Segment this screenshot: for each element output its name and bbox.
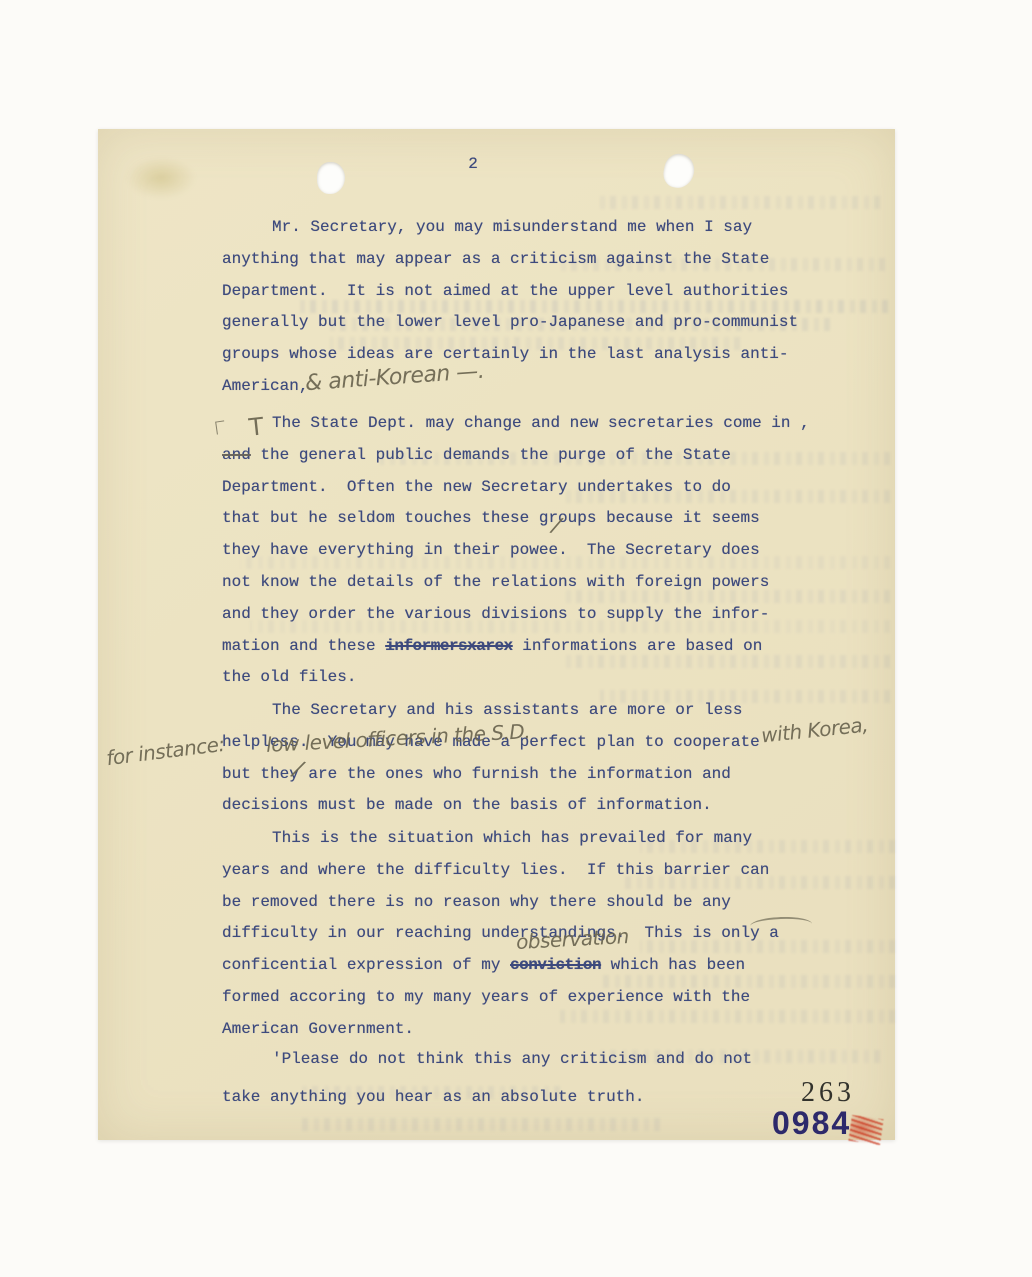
punch-hole-left	[317, 162, 345, 194]
page-number: 2	[458, 155, 488, 173]
typed-text: . The Secretary does	[558, 541, 760, 559]
struck-word-and: and	[222, 446, 251, 464]
paragraph-5-line-2: take anything you hear as an absolute tr…	[222, 1082, 644, 1114]
typed-line: formed accoring to my many years of expe…	[222, 982, 779, 1014]
document-page: 2 Mr. Secretary, you may misunderstand m…	[98, 129, 895, 1140]
bleedthrough-noise	[300, 1118, 660, 1131]
punch-hole-right	[661, 151, 697, 190]
typed-line: anything that may appear as a criticism …	[222, 244, 798, 276]
typed-line: be removed there is no reason why there …	[222, 887, 779, 919]
typed-line: that but he seldom touches these groups …	[222, 503, 810, 535]
typed-line: they have everything in their powee. The…	[222, 535, 810, 567]
typed-line: Mr. Secretary, you may misunderstand me …	[222, 212, 798, 244]
typed-line: 'Please do not think this any criticism …	[222, 1044, 752, 1076]
typed-line: conficential expression of my conviction…	[222, 950, 779, 982]
struck-word-conviction: conviction	[510, 956, 601, 974]
bleedthrough-noise	[600, 196, 880, 209]
typed-line: decisions must be made on the basis of i…	[222, 790, 760, 822]
typed-text: This is only a	[625, 924, 779, 942]
typed-line: This is the situation which has prevaile…	[222, 823, 779, 855]
handwritten-for-instance-note: for instance:	[105, 732, 226, 770]
typed-text: informations are based on	[513, 637, 763, 655]
typed-line: American Government.	[222, 1014, 779, 1046]
typed-text: the general public demands the purge of …	[251, 446, 731, 464]
typed-line: not know the details of the relations wi…	[222, 567, 810, 599]
paragraph-4: This is the situation which has prevaile…	[222, 823, 779, 1046]
typed-line: years and where the difficulty lies. If …	[222, 855, 779, 887]
handwritten-capital-t-insert: T	[248, 412, 265, 441]
typed-line: Department. Often the new Secretary unde…	[222, 472, 810, 504]
typed-text: which has been	[601, 956, 745, 974]
handwritten-with-korea-note: with Korea,	[760, 712, 869, 747]
struck-word-informers: informersxarex	[385, 637, 512, 655]
typed-text: they have everything in their powee	[222, 541, 558, 559]
typed-line: difficulty in our reaching understanding…	[222, 918, 779, 950]
typed-line: Department. It is not aimed at the upper…	[222, 276, 798, 308]
paragraph-5: 'Please do not think this any criticism …	[222, 1044, 752, 1076]
handwritten-strike-tick	[215, 420, 226, 434]
typed-line: and they order the various divisions to …	[222, 599, 810, 631]
typed-line: The State Dept. may change and new secre…	[222, 408, 810, 440]
typed-line: generally but the lower level pro-Japane…	[222, 307, 798, 339]
typed-text: conficential expression of my	[222, 956, 510, 974]
red-ink-stamp-mark	[848, 1115, 883, 1145]
paragraph-2: The State Dept. may change and new secre…	[222, 408, 810, 694]
typed-text: mation and these	[222, 637, 385, 655]
typed-line: mation and these informersxarex informat…	[222, 631, 810, 663]
typed-line: groups whose ideas are certainly in the …	[222, 339, 798, 371]
typed-line: the old files.	[222, 662, 810, 694]
stamp-serial-blue: 0984	[772, 1105, 851, 1142]
scanned-document-screenshot: { "page": { "number": "2" }, "typed": { …	[0, 0, 1032, 1277]
typed-line: take anything you hear as an absolute tr…	[222, 1082, 644, 1114]
paper-smudge	[126, 157, 196, 199]
typed-line: and the general public demands the purge…	[222, 440, 810, 472]
